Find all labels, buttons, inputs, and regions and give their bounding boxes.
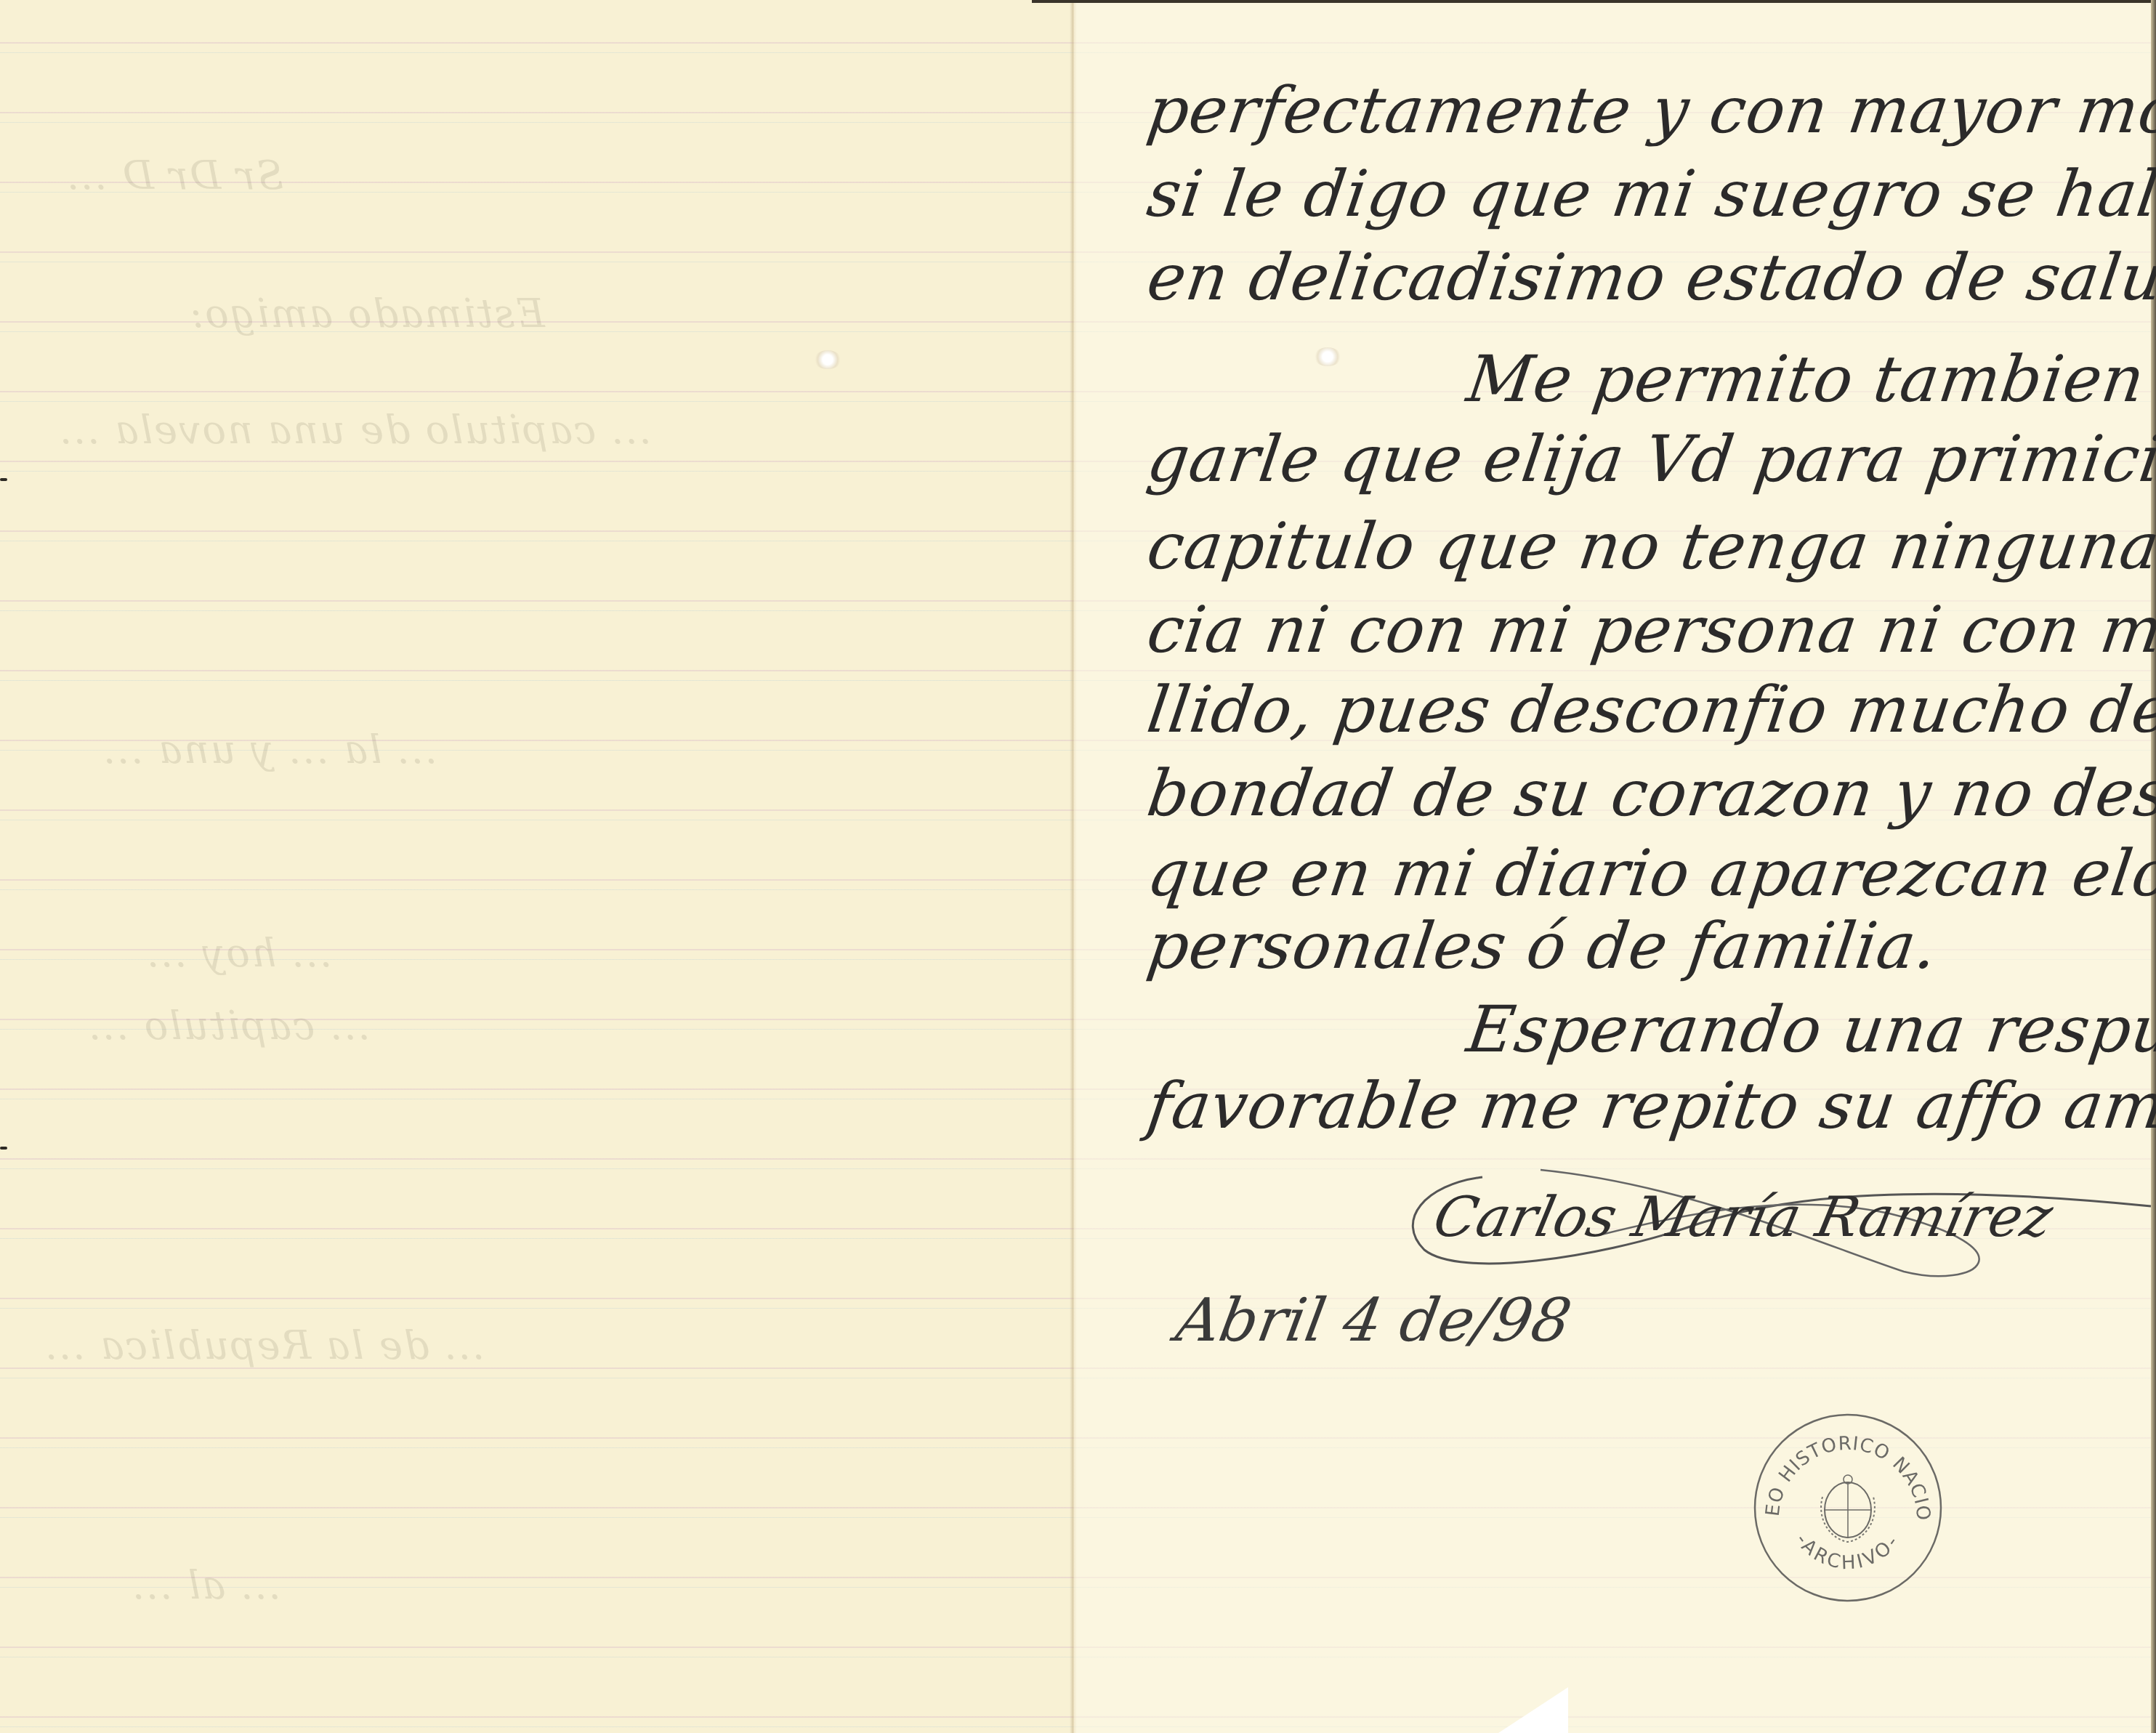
ruled-lines bbox=[0, 0, 1074, 1733]
stamp-seal-icon: MUSEO HISTORICO NACIONAL -ARCHIVO- bbox=[1750, 1410, 1946, 1606]
letter-line: en delicadisimo estado de salud. bbox=[1143, 240, 2156, 315]
letter-line: si le digo que mi suegro se halla bbox=[1143, 156, 2156, 231]
letter-line: perfectamente y con mayor motivo bbox=[1143, 73, 2156, 148]
edge-mark bbox=[0, 478, 7, 481]
letter-line: llido, pues desconfio mucho de la bbox=[1143, 672, 2156, 747]
letter-line: que en mi diario aparezcan elogios bbox=[1143, 836, 2156, 910]
letter-line: cia ni con mi persona ni con mi ape- bbox=[1143, 592, 2156, 667]
letter-spread: Sr Dr D ... Estimado amigo: ... capitulo… bbox=[0, 0, 2156, 1733]
letter-line: Me permito tambien ro- bbox=[1463, 342, 2156, 416]
bleed-through-line: ... hoy ... bbox=[145, 930, 332, 976]
letter-line: Esperando una respuesta bbox=[1463, 992, 2156, 1067]
letter-date: Abril 4 de/98 bbox=[1171, 1286, 1576, 1355]
edge-mark bbox=[0, 1147, 7, 1150]
left-page: Sr Dr D ... Estimado amigo: ... capitulo… bbox=[0, 0, 1074, 1733]
bleed-through-line: ... al ... bbox=[131, 1562, 281, 1608]
stamp-top-text: MUSEO HISTORICO NACIONAL bbox=[1750, 1410, 1934, 1522]
letter-line: favorable me repito su affo amigo bbox=[1143, 1068, 2156, 1143]
letter-line: bondad de su corazon y no deseo bbox=[1143, 756, 2156, 831]
bleed-through-line: ... capitulo de una novela ... bbox=[58, 407, 652, 453]
letter-line: capitulo que no tenga ninguna atingen- bbox=[1143, 509, 2156, 583]
bleed-through-line: ... capitulo ... bbox=[87, 1003, 371, 1049]
bleed-through-line: ... de la Republica ... bbox=[44, 1322, 485, 1368]
signature: Carlos María Ramírez bbox=[1429, 1184, 2059, 1249]
center-fold bbox=[1070, 0, 1077, 1733]
letter-line: garle que elija Vd para primicia un bbox=[1143, 421, 2156, 496]
svg-text:MUSEO HISTORICO NACIONAL: MUSEO HISTORICO NACIONAL bbox=[1750, 1410, 1934, 1522]
paper-hole bbox=[814, 350, 841, 369]
bleed-through-line: ... la ... y una ... bbox=[102, 727, 437, 772]
top-edge-shadow bbox=[1032, 0, 2156, 3]
bleed-through-line: Sr Dr D ... bbox=[65, 153, 283, 198]
coat-of-arms-icon bbox=[1821, 1475, 1875, 1542]
bleed-through-line: Estimado amigo: bbox=[189, 291, 545, 336]
letter-line: personales ó de familia. bbox=[1143, 908, 1942, 983]
archive-stamp: MUSEO HISTORICO NACIONAL -ARCHIVO- bbox=[1750, 1410, 1946, 1606]
